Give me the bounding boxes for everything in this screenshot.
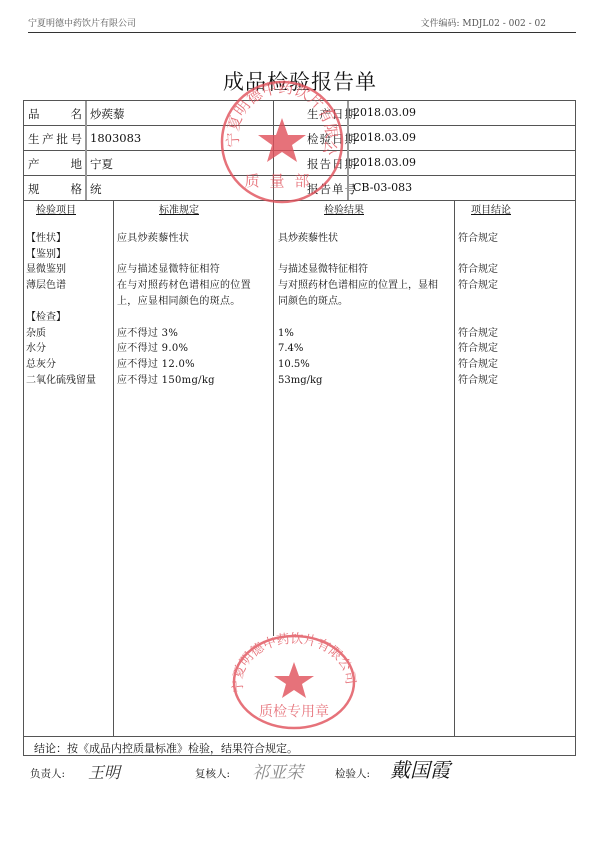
report-title: 成品检验报告单 [0,66,600,96]
items-column: 【性状】 【鉴别】 显微鉴别 薄层色谱 【检查】 杂质 水分 总灰分 二氧化硫残… [26,215,96,389]
value-report-date: 2018.03.09 [353,156,416,169]
divider [113,201,114,736]
company-name: 宁夏明德中药饮片有限公司 [28,18,136,29]
divider [454,201,455,736]
info-row-spec: 规格 统 报告单号 CB-03-083 [24,176,575,201]
value-production-date: 2018.03.09 [353,106,416,119]
label-inspection-date: 检验日期 [307,131,357,147]
inspector-label: 检验人: [335,766,370,781]
divider [85,101,87,200]
col-header-item: 检验项目 [36,201,76,216]
conclusion-text: 结论：按《成品内控质量标准》检验，结果符合规定。 [34,740,298,756]
value-inspection-date: 2018.03.09 [353,131,416,144]
report-table: 品名 炒蒺藜 生产日期 2018.03.09 生产批号 1803083 检验日期… [23,100,576,756]
info-row-origin: 产地 宁夏 报告日期 2018.03.09 [24,151,575,176]
label-spec: 规格 [28,181,82,197]
conclusions-column: 符合规定 符合规定 符合规定 符合规定 符合规定 符合规定 符合规定 [458,215,498,389]
results-column: 具炒蒺藜性状 与描述显微特征相符 与对照药材色谱相应的位置上，显相 同颜色的斑点… [278,215,438,389]
responsible-signature: 王明 [88,760,120,783]
conclusion-row: 结论：按《成品内控质量标准》检验，结果符合规定。 [24,736,575,757]
standards-column: 应具炒蒺藜性状 应与描述显微特征相符 在与对照药材色谱相应的位置 上，应显相同颜… [117,215,251,389]
inspector-signature: 戴国霞 [390,754,450,783]
value-product-name: 炒蒺藜 [90,106,125,122]
responsible-label: 负责人: [30,766,65,781]
label-origin: 产地 [28,156,82,172]
value-report-number: CB-03-083 [353,181,412,194]
divider [273,101,274,636]
reviewer-label: 复核人: [195,766,230,781]
label-batch: 生产批号 [28,131,82,147]
value-batch: 1803083 [90,131,141,145]
document-code: 文件编码: MDJL02 - 002 - 02 [420,18,546,29]
label-product-name: 品名 [28,106,82,122]
info-row-batch: 生产批号 1803083 检验日期 2018.03.09 [24,126,575,151]
label-production-date: 生产日期 [307,106,357,122]
value-origin: 宁夏 [90,156,113,172]
reviewer-signature: 祁亚荣 [252,758,303,783]
page-header: 宁夏明德中药饮片有限公司 文件编码: MDJL02 - 002 - 02 [28,18,576,33]
value-spec: 统 [90,181,102,197]
label-report-date: 报告日期 [307,156,357,172]
col-header-standard: 标准规定 [159,201,199,216]
col-header-conclusion: 项目结论 [471,201,511,216]
label-report-number: 报告单号 [307,181,357,197]
col-header-result: 检验结果 [324,201,364,216]
divider [347,101,349,200]
info-row-product-name: 品名 炒蒺藜 生产日期 2018.03.09 [24,101,575,126]
